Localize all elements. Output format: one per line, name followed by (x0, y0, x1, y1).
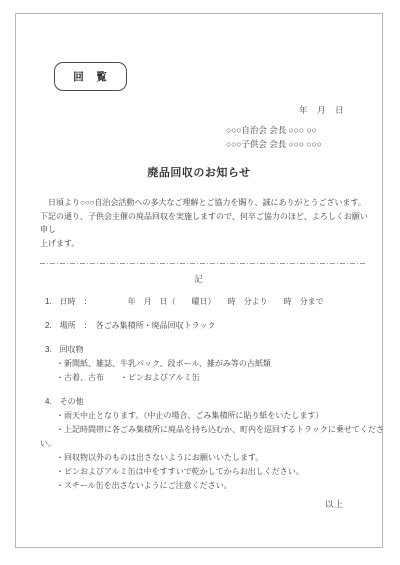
item-date-time: 1. 日時 ： 年 月 日（ 曜日） 時 分より 時 分まで (45, 295, 372, 309)
other-bullet-no-steel-cans: ・スチール缶を出さないようにご注意ください。 (56, 479, 372, 493)
other-bullet-rain-cancel: ・雨天中止となります。（中止の場合、ごみ集積所に貼り紙をいたします） (56, 409, 372, 423)
greeting-line-2: 下記の通り、子供会主催の廃品回収を実施しますので、何卒ご協力のほど、よろしくお願… (40, 210, 368, 237)
other-bullet-bring-items-continuation: い。 (40, 437, 372, 451)
greeting-paragraphs: 日頃より○○○自治会活動への多大なご理解とご協力を賜り、誠にありがとうございます… (40, 196, 368, 250)
other-bullet-rinse-cans: ・ビンおよびアルミ缶は中をすすいで乾かしてからお出しください。 (56, 465, 372, 479)
item-collectibles-heading: 3. 回収物 (45, 343, 372, 357)
closing-word: 以上 (325, 498, 344, 510)
other-bullet-no-other-items: ・回収物以外のものは出さないようにお願いいたします。 (56, 451, 372, 465)
greeting-line-3: 上げます。 (40, 237, 368, 251)
dash-dot-separator (40, 263, 366, 264)
other-bullet-bring-items: ・上記時間帯に各ごみ集積所に廃品を持ち込むか、町内を巡回するトラックに乗せてくだ… (56, 423, 372, 437)
circulation-stamp: 回 覧 (54, 62, 127, 91)
record-marker: 記 (16, 273, 382, 285)
detail-list: 1. 日時 ： 年 月 日（ 曜日） 時 分より 時 分まで 2. 場所 ： 各… (40, 295, 372, 493)
collectibles-bullet-clothes-cans: ・古着、古布 ・ビンおよびアルミ缶 (56, 371, 372, 385)
circulation-stamp-label: 回 覧 (73, 69, 108, 84)
greeting-line-1: 日頃より○○○自治会活動への多大なご理解とご協力を賜り、誠にありがとうございます… (40, 196, 368, 210)
collectibles-bullet-paper: ・新聞紙、雑誌、牛乳パック、段ボール、雑がみ等の古紙類 (56, 357, 372, 371)
document-page: 回 覧 年 月 日 ○○○自治会 会長 ○○○ ○○ ○○○子供会 会長 ○○○… (15, 13, 383, 548)
item-other-heading: 4. その他 (45, 395, 372, 409)
addressee-block: ○○○自治会 会長 ○○○ ○○ ○○○子供会 会長 ○○○ ○○○ (226, 124, 322, 151)
date-blank-line: 年 月 日 (299, 104, 344, 116)
addressee-line-jichikai: ○○○自治会 会長 ○○○ ○○ (226, 124, 322, 138)
document-title: 廃品回収のお知らせ (16, 164, 382, 180)
addressee-line-kodomokai: ○○○子供会 会長 ○○○ ○○○ (226, 138, 322, 152)
item-place: 2. 場所 ： 各ごみ集積所・廃品回収トラック (45, 319, 372, 333)
